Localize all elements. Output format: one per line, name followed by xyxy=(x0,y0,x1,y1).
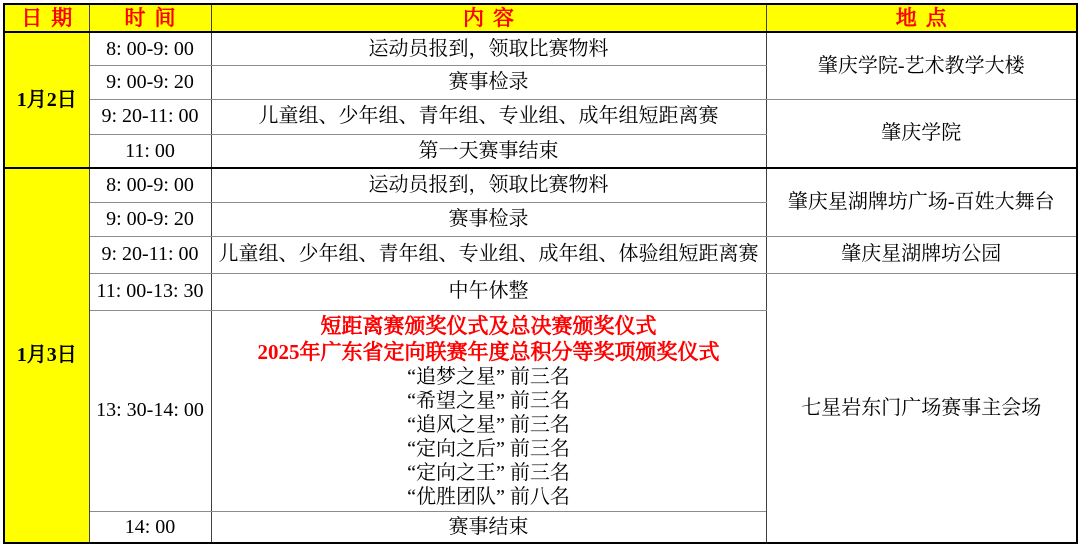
ceremony-content-cell: 短距离赛颁奖仪式及总决赛颁奖仪式 2025年广东省定向联赛年度总积分等奖项颁奖仪… xyxy=(211,310,766,511)
time-cell: 9: 00-9: 20 xyxy=(89,65,211,99)
location-cell: 七星岩东门广场赛事主会场 xyxy=(766,273,1077,543)
content-cell: 儿童组、少年组、青年组、专业组、成年组、体验组短距离赛 xyxy=(211,236,766,273)
ceremony-title-line: 短距离赛颁奖仪式及总决赛颁奖仪式 xyxy=(214,313,764,339)
time-cell: 9: 20-11: 00 xyxy=(89,99,211,134)
time-cell: 14: 00 xyxy=(89,511,211,543)
award-line: “定向之王” 前三名 xyxy=(214,461,764,485)
schedule-table: 日期 时间 内容 地点 1月2日 8: 00-9: 00 运动员报到，领取比赛物… xyxy=(3,3,1078,544)
content-cell: 赛事检录 xyxy=(211,202,766,236)
content-cell: 运动员报到，领取比赛物料 xyxy=(211,32,766,65)
header-date: 日期 xyxy=(4,4,89,32)
header-time: 时间 xyxy=(89,4,211,32)
award-line: “追梦之星” 前三名 xyxy=(214,365,764,389)
award-line: “优胜团队” 前八名 xyxy=(214,485,764,509)
location-cell: 肇庆星湖牌坊公园 xyxy=(766,236,1077,273)
content-cell: 赛事结束 xyxy=(211,511,766,543)
location-cell: 肇庆学院 xyxy=(766,99,1077,168)
location-cell: 肇庆星湖牌坊广场-百姓大舞台 xyxy=(766,168,1077,236)
award-line: “追风之星” 前三名 xyxy=(214,413,764,437)
ceremony-title-line: 2025年广东省定向联赛年度总积分等奖项颁奖仪式 xyxy=(214,339,764,365)
content-cell: 赛事检录 xyxy=(211,65,766,99)
time-cell: 8: 00-9: 00 xyxy=(89,32,211,65)
content-cell: 儿童组、少年组、青年组、专业组、成年组短距离赛 xyxy=(211,99,766,134)
time-cell: 13: 30-14: 00 xyxy=(89,310,211,511)
time-cell: 11: 00-13: 30 xyxy=(89,273,211,310)
time-cell: 9: 00-9: 20 xyxy=(89,202,211,236)
time-cell: 11: 00 xyxy=(89,134,211,168)
date-cell-day1: 1月2日 xyxy=(4,32,89,168)
time-cell: 9: 20-11: 00 xyxy=(89,236,211,273)
location-cell: 肇庆学院-艺术教学大楼 xyxy=(766,32,1077,99)
award-line: “希望之星” 前三名 xyxy=(214,389,764,413)
content-cell: 运动员报到，领取比赛物料 xyxy=(211,168,766,202)
header-location: 地点 xyxy=(766,4,1077,32)
date-cell-day2: 1月3日 xyxy=(4,168,89,543)
content-cell: 第一天赛事结束 xyxy=(211,134,766,168)
time-cell: 8: 00-9: 00 xyxy=(89,168,211,202)
header-content: 内容 xyxy=(211,4,766,32)
award-line: “定向之后” 前三名 xyxy=(214,437,764,461)
content-cell: 中午休整 xyxy=(211,273,766,310)
